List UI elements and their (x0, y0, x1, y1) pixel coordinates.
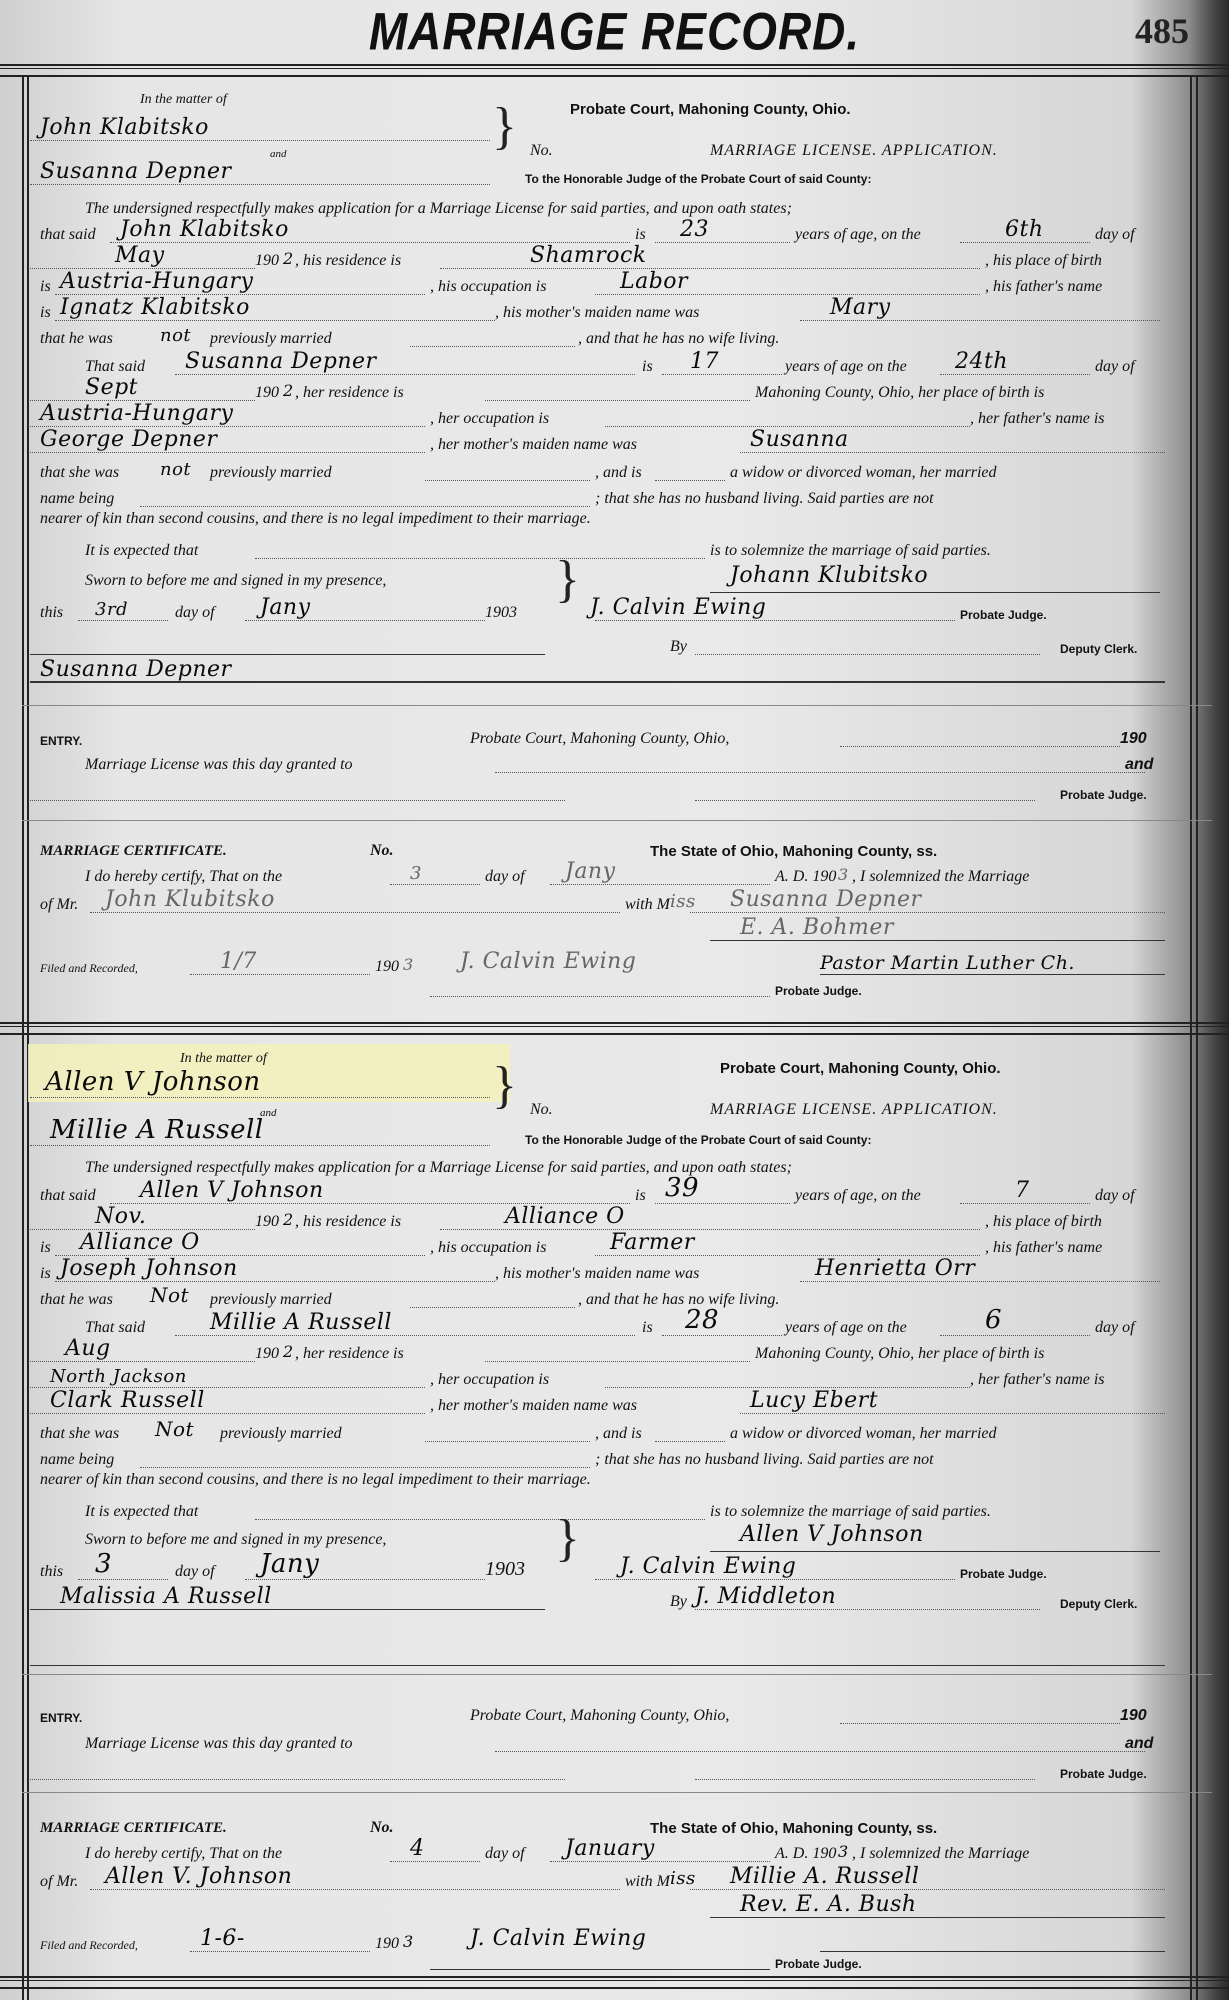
footer-rule (0, 1976, 1229, 1989)
sworn-day: 3rd (95, 599, 128, 620)
bride-full-name: Susanna Depner (185, 349, 377, 374)
bride-birth-month: Sept (85, 375, 138, 400)
intro-text: The undersigned respectfully makes appli… (85, 200, 792, 218)
cert-judge-signature: J. Calvin Ewing (460, 949, 636, 974)
witness-signature: Malissia A Russell (60, 1584, 272, 1609)
page-title: MARRIAGE RECORD. (0, 0, 1229, 62)
cert-month: Jany (565, 859, 616, 884)
clerk-signature: J. Middleton (695, 1584, 836, 1609)
judge-signature: J. Calvin Ewing (620, 1554, 796, 1579)
application-title: MARRIAGE LICENSE. APPLICATION. (710, 142, 998, 160)
groom-residence: Shamrock (530, 243, 647, 268)
groom-mother: Mary (830, 295, 891, 320)
page-number: 485 (1135, 10, 1189, 52)
groom-birthplace: Austria-Hungary (60, 269, 253, 294)
groom-birth-day: 6th (1005, 217, 1044, 242)
cert-bride: Susanna Depner (730, 887, 922, 912)
no-label: No. (530, 142, 553, 160)
header-rule (0, 64, 1229, 77)
court-header: Probate Court, Mahoning County, Ohio. (570, 101, 851, 118)
groom-full-name: John Klabitsko (120, 217, 289, 242)
bride-prev-married: not (160, 459, 191, 480)
groom-prev-married: not (160, 325, 191, 346)
to-judge: To the Honorable Judge of the Probate Co… (525, 172, 871, 186)
judge-signature: J. Calvin Ewing (590, 595, 766, 620)
bride-mother: Susanna (750, 427, 849, 452)
bride-name: Susanna Depner (40, 159, 232, 184)
groom-name: Allen V Johnson (45, 1067, 261, 1097)
applicant-signature: Johann Klubitsko (730, 563, 928, 588)
certificate-label: MARRIAGE CERTIFICATE. (40, 843, 227, 860)
officiant: E. A. Bohmer (740, 915, 894, 940)
filed-date: 1/7 (220, 949, 257, 974)
sworn-year: 1903 (485, 604, 517, 622)
groom-father: Ignatz Klabitsko (60, 295, 250, 320)
record-divider (0, 1022, 1229, 1035)
officiant-title: Pastor Martin Luther Ch. (820, 952, 1075, 974)
cert-groom: John Klubitsko (105, 887, 275, 912)
right-border (1190, 76, 1192, 2000)
right-border-outer (1196, 76, 1198, 2000)
bride-birth-day: 24th (955, 349, 1008, 374)
page-edge-shadow (1189, 0, 1229, 2000)
groom-birth-month: May (115, 243, 165, 268)
entry-label: ENTRY. (40, 734, 82, 748)
groom-age: 23 (680, 217, 709, 242)
cert-day: 3 (410, 863, 422, 884)
applicant-signature: Allen V Johnson (740, 1522, 924, 1547)
bride-age: 17 (690, 349, 719, 374)
bride-signature: Susanna Depner (40, 657, 232, 682)
bride-father: George Depner (40, 427, 217, 452)
left-border-inner (27, 76, 29, 2000)
sworn-month: Jany (260, 595, 311, 620)
left-border (22, 76, 24, 2000)
and-label: and (270, 148, 287, 160)
groom-occupation: Labor (620, 269, 688, 294)
bride-name: Millie A Russell (50, 1115, 264, 1145)
bride-birthplace: Austria-Hungary (40, 401, 233, 426)
